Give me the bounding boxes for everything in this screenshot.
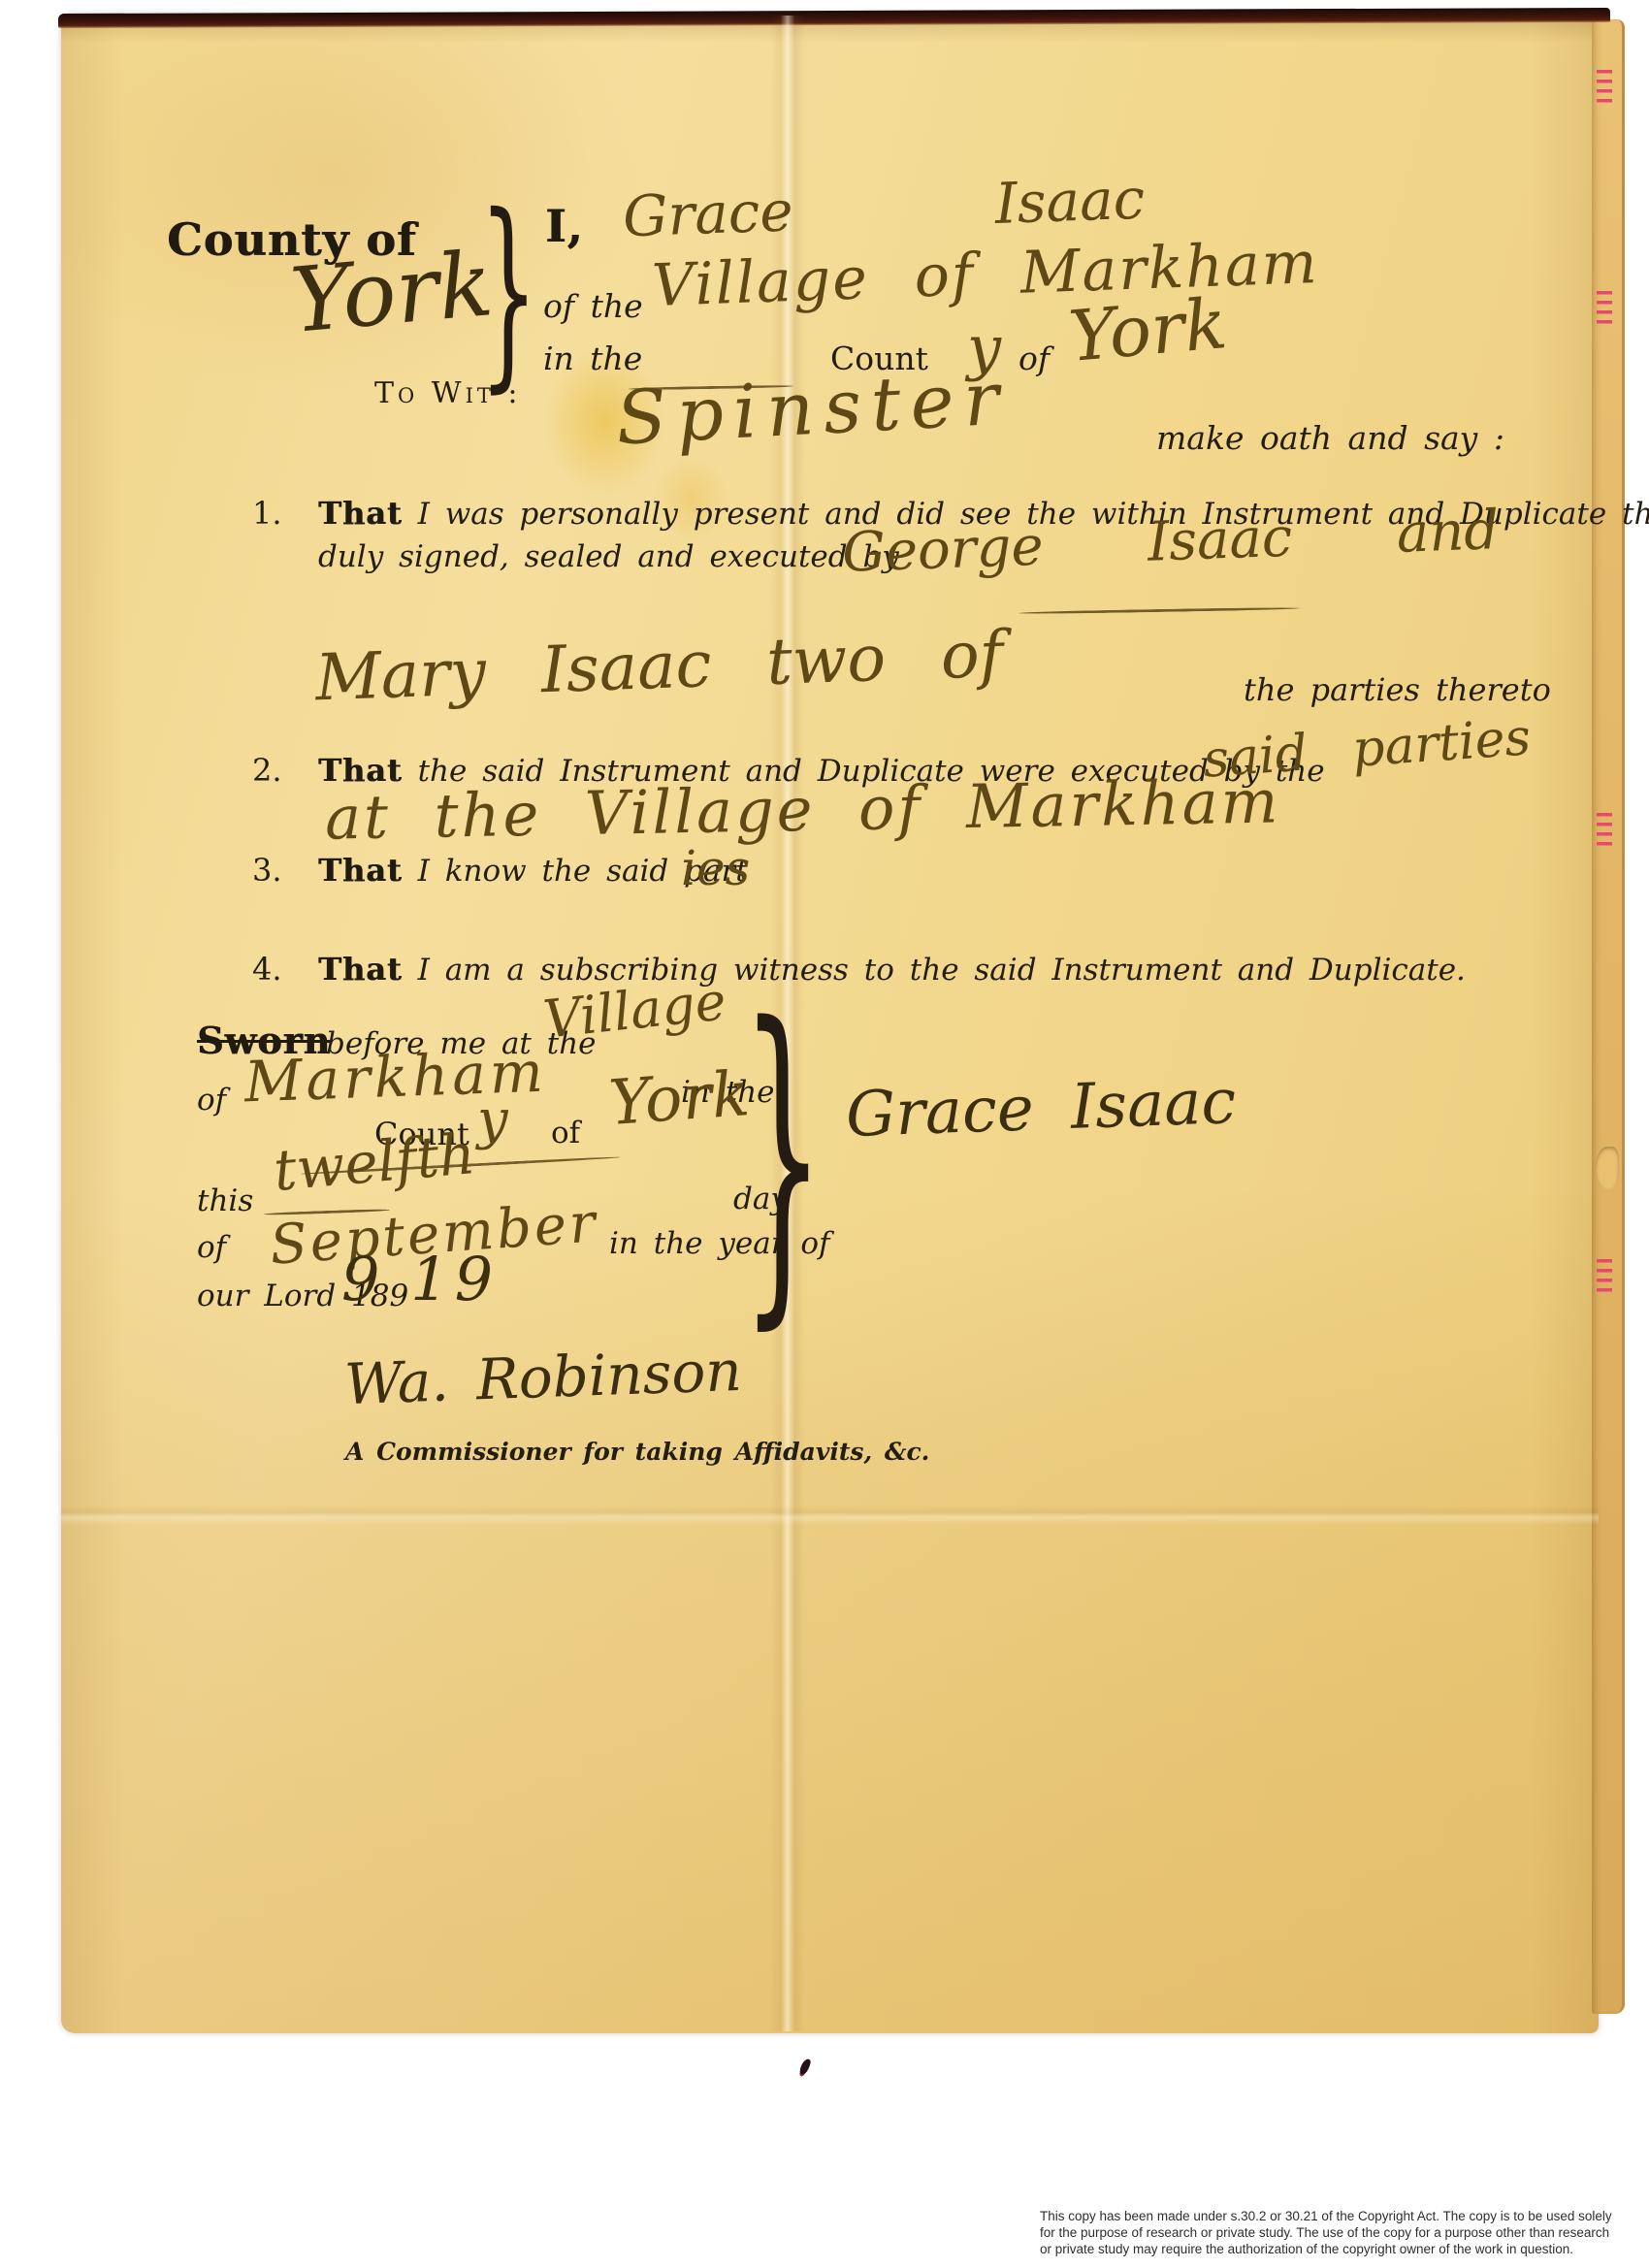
- make-oath-label: make oath and say :: [1156, 419, 1504, 457]
- red-stitch-marks: [1597, 70, 1612, 106]
- scanned-affidavit-page: { "form": { "brace": "}", "county_label"…: [0, 0, 1649, 2268]
- red-stitch-marks: [1597, 1259, 1612, 1295]
- item-2-number: 2.: [252, 752, 282, 789]
- in-the-label: in the: [543, 340, 642, 377]
- jurat-of-label: of: [197, 1083, 226, 1118]
- that-label: That: [318, 495, 403, 532]
- red-stitch-marks: [1597, 291, 1612, 327]
- parties-thereto-label: the parties thereto: [1244, 671, 1551, 708]
- copyright-line-1: This copy has been made under s.30.2 or …: [1040, 2208, 1649, 2224]
- item-3-number: 3.: [252, 852, 282, 889]
- commissioner-signature: Wa. Robinson: [343, 1338, 743, 1417]
- copyright-line-3: or private study may require the authori…: [1040, 2241, 1649, 2257]
- item-4-number: 4.: [252, 951, 282, 988]
- item-4-text-1: I am a subscribing witness to the said I…: [418, 953, 1466, 988]
- item-4-line-1: ThatI am a subscribing witness to the sa…: [318, 951, 1466, 988]
- that-label: That: [318, 852, 403, 889]
- of-label: of: [1018, 340, 1050, 377]
- item-1-number: 1.: [252, 495, 282, 532]
- copyright-line-2: for the purpose of research or private s…: [1040, 2224, 1649, 2241]
- item-1-line-2: duly signed, sealed and executed by: [318, 539, 899, 574]
- commissioner-title-label: A Commissioner for taking Affidavits, &c…: [345, 1438, 929, 1466]
- jurat-of2-label: of: [551, 1116, 580, 1150]
- item-3-suffix-handwritten: ies: [681, 840, 750, 896]
- deponent-signature: Grace Isaac: [845, 1066, 1238, 1151]
- jurat-york-handwritten: York: [607, 1058, 752, 1140]
- copyright-notice: This copy has been made under s.30.2 or …: [1040, 2208, 1649, 2257]
- county-name-handwritten: York: [287, 232, 497, 353]
- red-stitch-marks: [1597, 813, 1612, 849]
- horizontal-fold-crease: [61, 1506, 1599, 1525]
- that-label: That: [318, 951, 403, 988]
- i-pronoun-label: I,: [545, 200, 584, 252]
- this-label: this: [197, 1183, 253, 1218]
- jurat-brace: }: [741, 984, 824, 1329]
- year-handwritten: 9 19: [341, 1244, 499, 1314]
- of-the-label: of the: [543, 287, 643, 325]
- of3-label: of: [197, 1230, 226, 1265]
- jurat-y-handwritten: y: [477, 1088, 508, 1151]
- item-1-text-2: duly signed, sealed and executed by: [318, 539, 899, 574]
- edge-tear: [1596, 1147, 1619, 1189]
- county-name2-handwritten: York: [1066, 282, 1230, 377]
- header-brace: }: [479, 188, 538, 394]
- ink-speck: [798, 2057, 812, 2076]
